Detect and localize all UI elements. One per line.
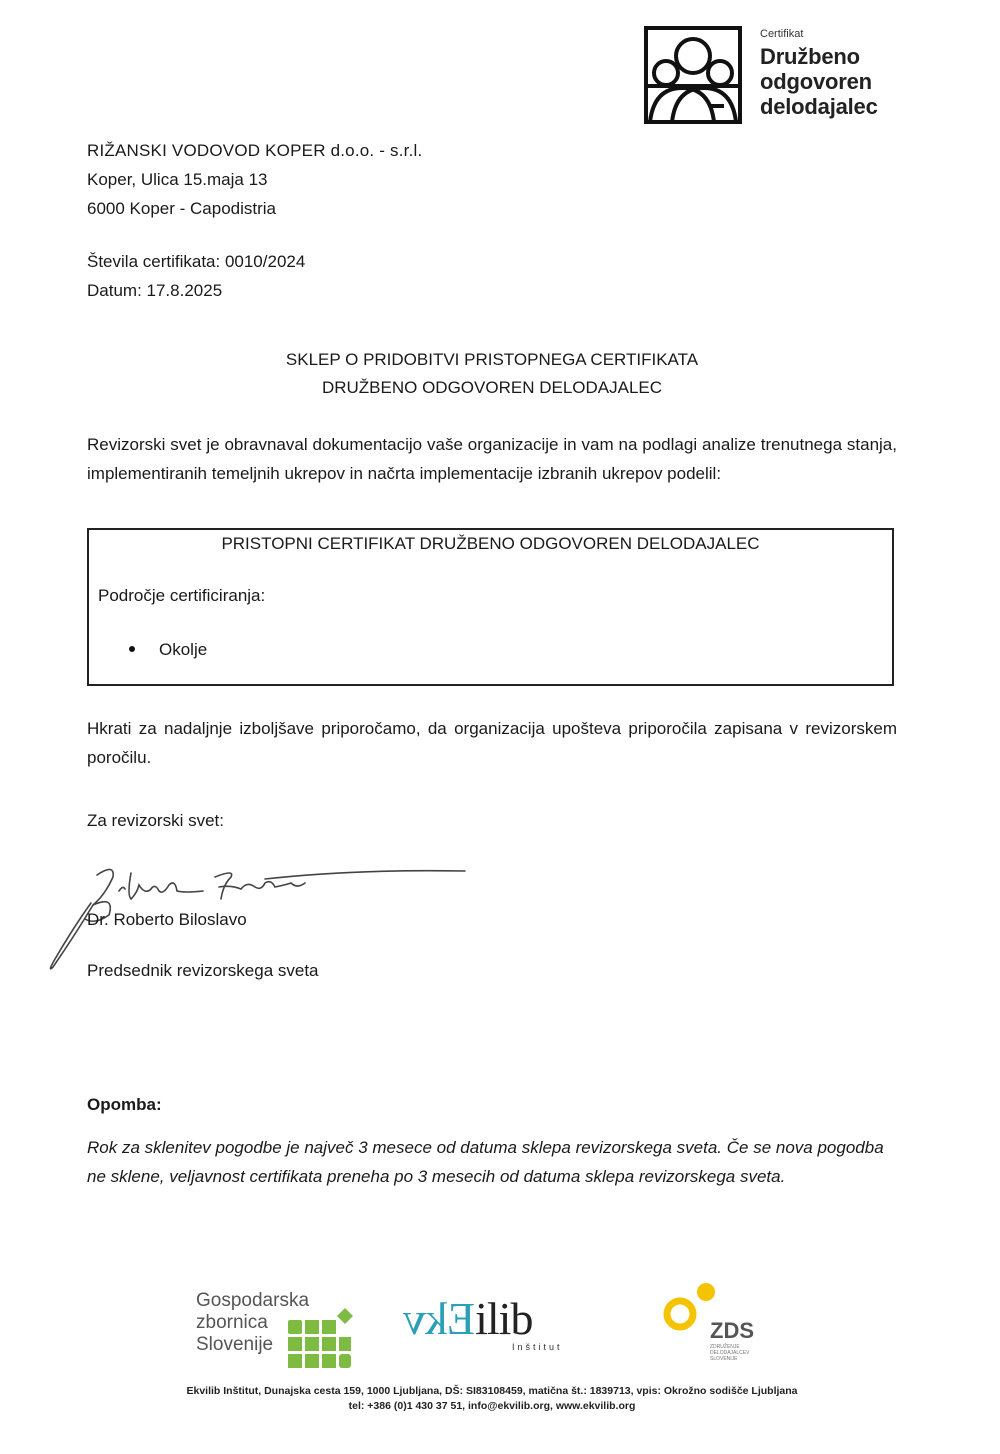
recipient-address: RIŽANSKI VODOVOD KOPER d.o.o. - s.r.l. K… (87, 136, 422, 223)
city-address: 6000 Koper - Capodistria (87, 194, 422, 223)
certification-area-label: Področje certificiranja: (98, 586, 265, 606)
recommendation-paragraph: Hkrati za nadaljnje izboljšave priporoča… (87, 714, 897, 772)
zds-logo: ZDS ZDRUŽENJE DELODAJALCEV SLOVENIJE (660, 1282, 780, 1372)
gzs-grid-icon (288, 1306, 354, 1370)
logo-line-3: delodajalec (760, 94, 878, 119)
note-text: Rok za sklenitev pogodbe je največ 3 mes… (87, 1133, 907, 1191)
company-name: RIŽANSKI VODOVOD KOPER d.o.o. - s.r.l. (87, 136, 422, 165)
ekvilib-prefix: Ekv (404, 1292, 475, 1345)
title-line-1: SKLEP O PRIDOBITVI PRISTOPNEGA CERTIFIKA… (0, 346, 984, 374)
gzs-logo: Gospodarska zbornica Slovenije (196, 1290, 356, 1370)
signer-name: Dr. Roberto Biloslavo (87, 910, 247, 930)
certificate-date: Datum: 17.8.2025 (87, 276, 305, 305)
logo-line-2: odgovoren (760, 69, 878, 94)
certificate-number: Številа certifikata: 0010/2024 (87, 247, 305, 276)
certificate-info: Številа certifikata: 0010/2024 Datum: 17… (87, 247, 305, 305)
street-address: Koper, Ulica 15.maja 13 (87, 165, 422, 194)
certificate-logo: Certifikat Družbeno odgovoren delodajale… (644, 26, 904, 130)
document-title: SKLEP O PRIDOBITVI PRISTOPNEGA CERTIFIKA… (0, 346, 984, 402)
logo-line-1: Družbeno (760, 44, 878, 69)
logo-title: Družbeno odgovoren delodajalec (760, 44, 878, 119)
ekvilib-logo: Ekvilib Inštitut (404, 1292, 604, 1362)
title-line-2: DRUŽBENO ODGOVOREN DELODAJALEC (0, 374, 984, 402)
area-text: Okolje (159, 640, 207, 659)
bullet-icon (129, 646, 135, 652)
zds-logo-subtitle: ZDRUŽENJE DELODAJALCEV SLOVENIJE (710, 1344, 770, 1362)
people-group-icon (644, 26, 742, 124)
signer-role: Predsednik revizorskega sveta (87, 961, 319, 981)
zds-logo-name: ZDS (710, 1318, 754, 1344)
logo-small-label: Certifikat (760, 28, 803, 40)
footer-line-1: Ekvilib Inštitut, Dunajska cesta 159, 10… (0, 1384, 984, 1399)
certificate-box-title: PRISTOPNI CERTIFIKAT DRUŽBENO ODGOVOREN … (89, 534, 892, 554)
ekvilib-logo-text: Ekvilib (404, 1292, 532, 1345)
certificate-box: PRISTOPNI CERTIFIKAT DRUŽBENO ODGOVOREN … (87, 528, 894, 686)
footer-line-2: tel: +386 (0)1 430 37 51, info@ekvilib.o… (0, 1399, 984, 1414)
certification-area-item: Okolje (129, 640, 207, 660)
footer-contact: Ekvilib Inštitut, Dunajska cesta 159, 10… (0, 1384, 984, 1414)
intro-paragraph: Revizorski svet je obravnaval dokumentac… (87, 430, 897, 488)
ekvilib-subtitle: Inštitut (512, 1342, 563, 1352)
ekvilib-suffix: ilib (475, 1293, 532, 1344)
note-title: Opomba: (87, 1095, 162, 1115)
signature-label: Za revizorski svet: (87, 811, 224, 831)
